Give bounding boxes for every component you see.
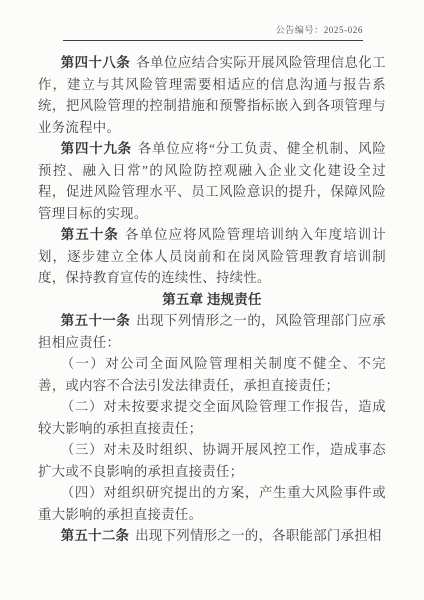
list-item-2: （二）对未按要求提交全面风险管理工作报告，造成较大影响的承担直接责任； [38, 396, 386, 439]
header-rule [63, 40, 363, 41]
article-number-48: 第四十八条 [61, 55, 130, 70]
chapter-heading: 第五章 违规责任 [38, 289, 386, 311]
article-number-49: 第四十九条 [61, 141, 132, 156]
page-background: 公告编号：2025-026 第四十八条各单位应结合实际开展风险管理信息化工作，建… [0, 0, 424, 600]
article-paragraph-50: 第五十条各单位应将风险管理培训纳入年度培训计划，逐步建立全体人员岗前和在岗风险管… [38, 224, 386, 289]
list-item-4: （四）对组织研究提出的方案，产生重大风险事件或重大影响的承担直接责任。 [38, 482, 386, 525]
document-body: 第四十八条各单位应结合实际开展风险管理信息化工作，建立与其风险管理需要相适应的信… [38, 52, 386, 547]
notice-number: 公告编号：2025-026 [276, 23, 363, 36]
article-number-50: 第五十条 [61, 227, 119, 242]
article-paragraph-48: 第四十八条各单位应结合实际开展风险管理信息化工作，建立与其风险管理需要相适应的信… [38, 52, 386, 138]
article-number-52: 第五十二条 [61, 528, 129, 543]
article-paragraph-51: 第五十一条出现下列情形之一的，风险管理部门应承担相应责任： [38, 310, 386, 353]
article-text-52: 出现下列情形之一的，各职能部门承担相 [135, 528, 381, 543]
list-item-1: （一）对公司全面风险管理相关制度不健全、不完善，或内容不合法引发法律责任，承担直… [38, 353, 386, 396]
article-paragraph-52: 第五十二条出现下列情形之一的，各职能部门承担相 [38, 525, 386, 547]
list-item-3: （三）对未及时组织、协调开展风控工作，造成事态扩大或不良影响的承担直接责任； [38, 439, 386, 482]
article-number-51: 第五十一条 [61, 313, 130, 328]
document-page: { "header": { "notice_number": "公告编号：202… [0, 0, 424, 600]
article-paragraph-49: 第四十九条各单位应将“分工负责、健全机制、风险预控、融入日常”的风险防控观融入企… [38, 138, 386, 224]
